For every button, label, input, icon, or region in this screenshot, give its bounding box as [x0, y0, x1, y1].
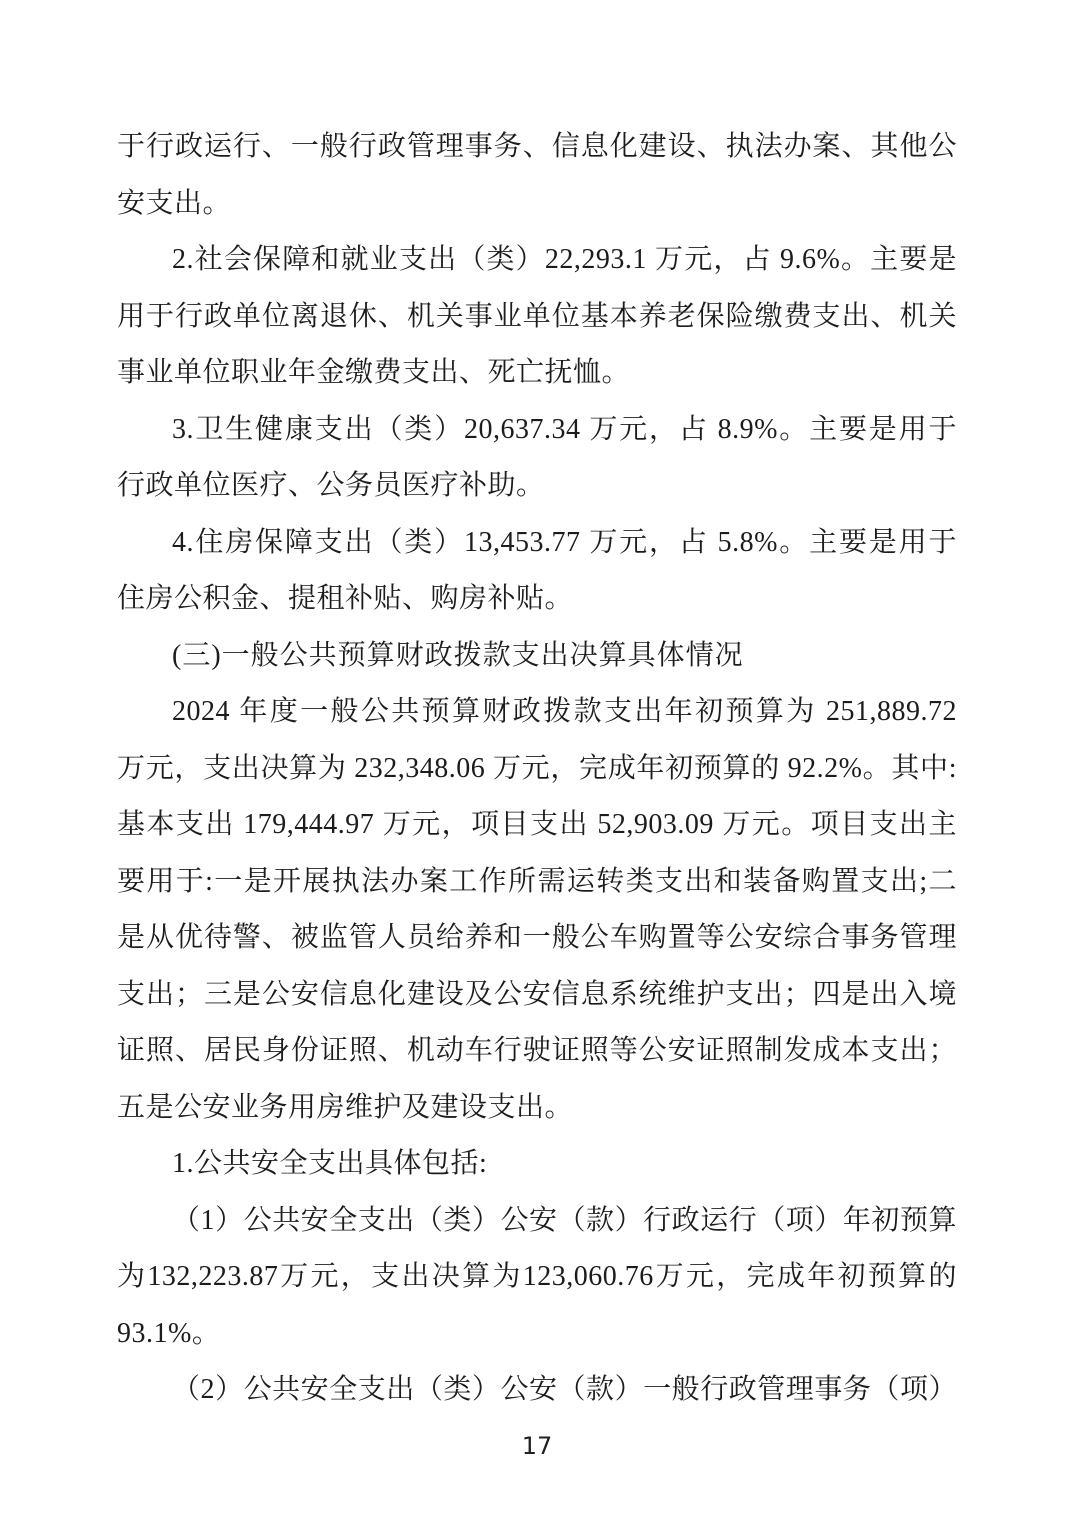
text-line: 万元，支出决算为 232,348.06 万元，完成年初预算的 92.2%。其中: [117, 741, 957, 798]
paragraph: 于行政运行、一般行政管理事务、信息化建设、执法办案、其他公安支出。 [117, 119, 957, 232]
paragraph: （1）公共安全支出（类）公安（款）行政运行（项）年初预算为132,223.87万… [117, 1193, 957, 1363]
text-line: 住房公积金、提租补贴、购房补贴。 [117, 571, 957, 628]
text-line: 要用于:一是开展执法办案工作所需运转类支出和装备购置支出;二 [117, 854, 957, 911]
text-line: (三)一般公共预算财政拨款支出决算具体情况 [117, 628, 957, 685]
text-line: 是从优待警、被监管人员给养和一般公车购置等公安综合事务管理 [117, 910, 957, 967]
text-line: 证照、居民身份证照、机动车行驶证照等公安证照制发成本支出； [117, 1023, 957, 1080]
text-line: （1）公共安全支出（类）公安（款）行政运行（项）年初预算 [117, 1193, 957, 1250]
text-line: （2）公共安全支出（类）公安（款）一般行政管理事务（项） [117, 1362, 957, 1419]
paragraph: 2.社会保障和就业支出（类）22,293.1 万元，占 9.6%。主要是用于行政… [117, 232, 957, 402]
paragraph: 1.公共安全支出具体包括: [117, 1136, 957, 1193]
text-line: 1.公共安全支出具体包括: [117, 1136, 957, 1193]
text-line: 3.卫生健康支出（类）20,637.34 万元，占 8.9%。主要是用于 [117, 402, 957, 459]
text-line: 安支出。 [117, 176, 957, 233]
paragraph: （2）公共安全支出（类）公安（款）一般行政管理事务（项） [117, 1362, 957, 1419]
text-line: 93.1%。 [117, 1306, 957, 1363]
text-line: 行政单位医疗、公务员医疗补助。 [117, 458, 957, 515]
paragraph: 2024 年度一般公共预算财政拨款支出年初预算为 251,889.72万元，支出… [117, 684, 957, 1136]
text-line: 五是公安业务用房维护及建设支出。 [117, 1080, 957, 1137]
paragraph: 3.卫生健康支出（类）20,637.34 万元，占 8.9%。主要是用于行政单位… [117, 402, 957, 515]
document-content: 于行政运行、一般行政管理事务、信息化建设、执法办案、其他公安支出。2.社会保障和… [117, 119, 957, 1419]
document-page: 于行政运行、一般行政管理事务、信息化建设、执法办案、其他公安支出。2.社会保障和… [0, 0, 1074, 1520]
paragraph: 4.住房保障支出（类）13,453.77 万元，占 5.8%。主要是用于住房公积… [117, 515, 957, 628]
section-heading: (三)一般公共预算财政拨款支出决算具体情况 [117, 628, 957, 685]
text-line: 基本支出 179,444.97 万元，项目支出 52,903.09 万元。项目支… [117, 797, 957, 854]
text-line: 2.社会保障和就业支出（类）22,293.1 万元，占 9.6%。主要是 [117, 232, 957, 289]
text-line: 事业单位职业年金缴费支出、死亡抚恤。 [117, 345, 957, 402]
page-number: 17 [0, 1432, 1074, 1460]
text-line: 4.住房保障支出（类）13,453.77 万元，占 5.8%。主要是用于 [117, 515, 957, 572]
text-line: 用于行政单位离退休、机关事业单位基本养老保险缴费支出、机关 [117, 289, 957, 346]
text-line: 支出；三是公安信息化建设及公安信息系统维护支出；四是出入境 [117, 967, 957, 1024]
text-line: 于行政运行、一般行政管理事务、信息化建设、执法办案、其他公 [117, 119, 957, 176]
text-line: 为132,223.87万元，支出决算为123,060.76万元，完成年初预算的 [117, 1249, 957, 1306]
text-line: 2024 年度一般公共预算财政拨款支出年初预算为 251,889.72 [117, 684, 957, 741]
